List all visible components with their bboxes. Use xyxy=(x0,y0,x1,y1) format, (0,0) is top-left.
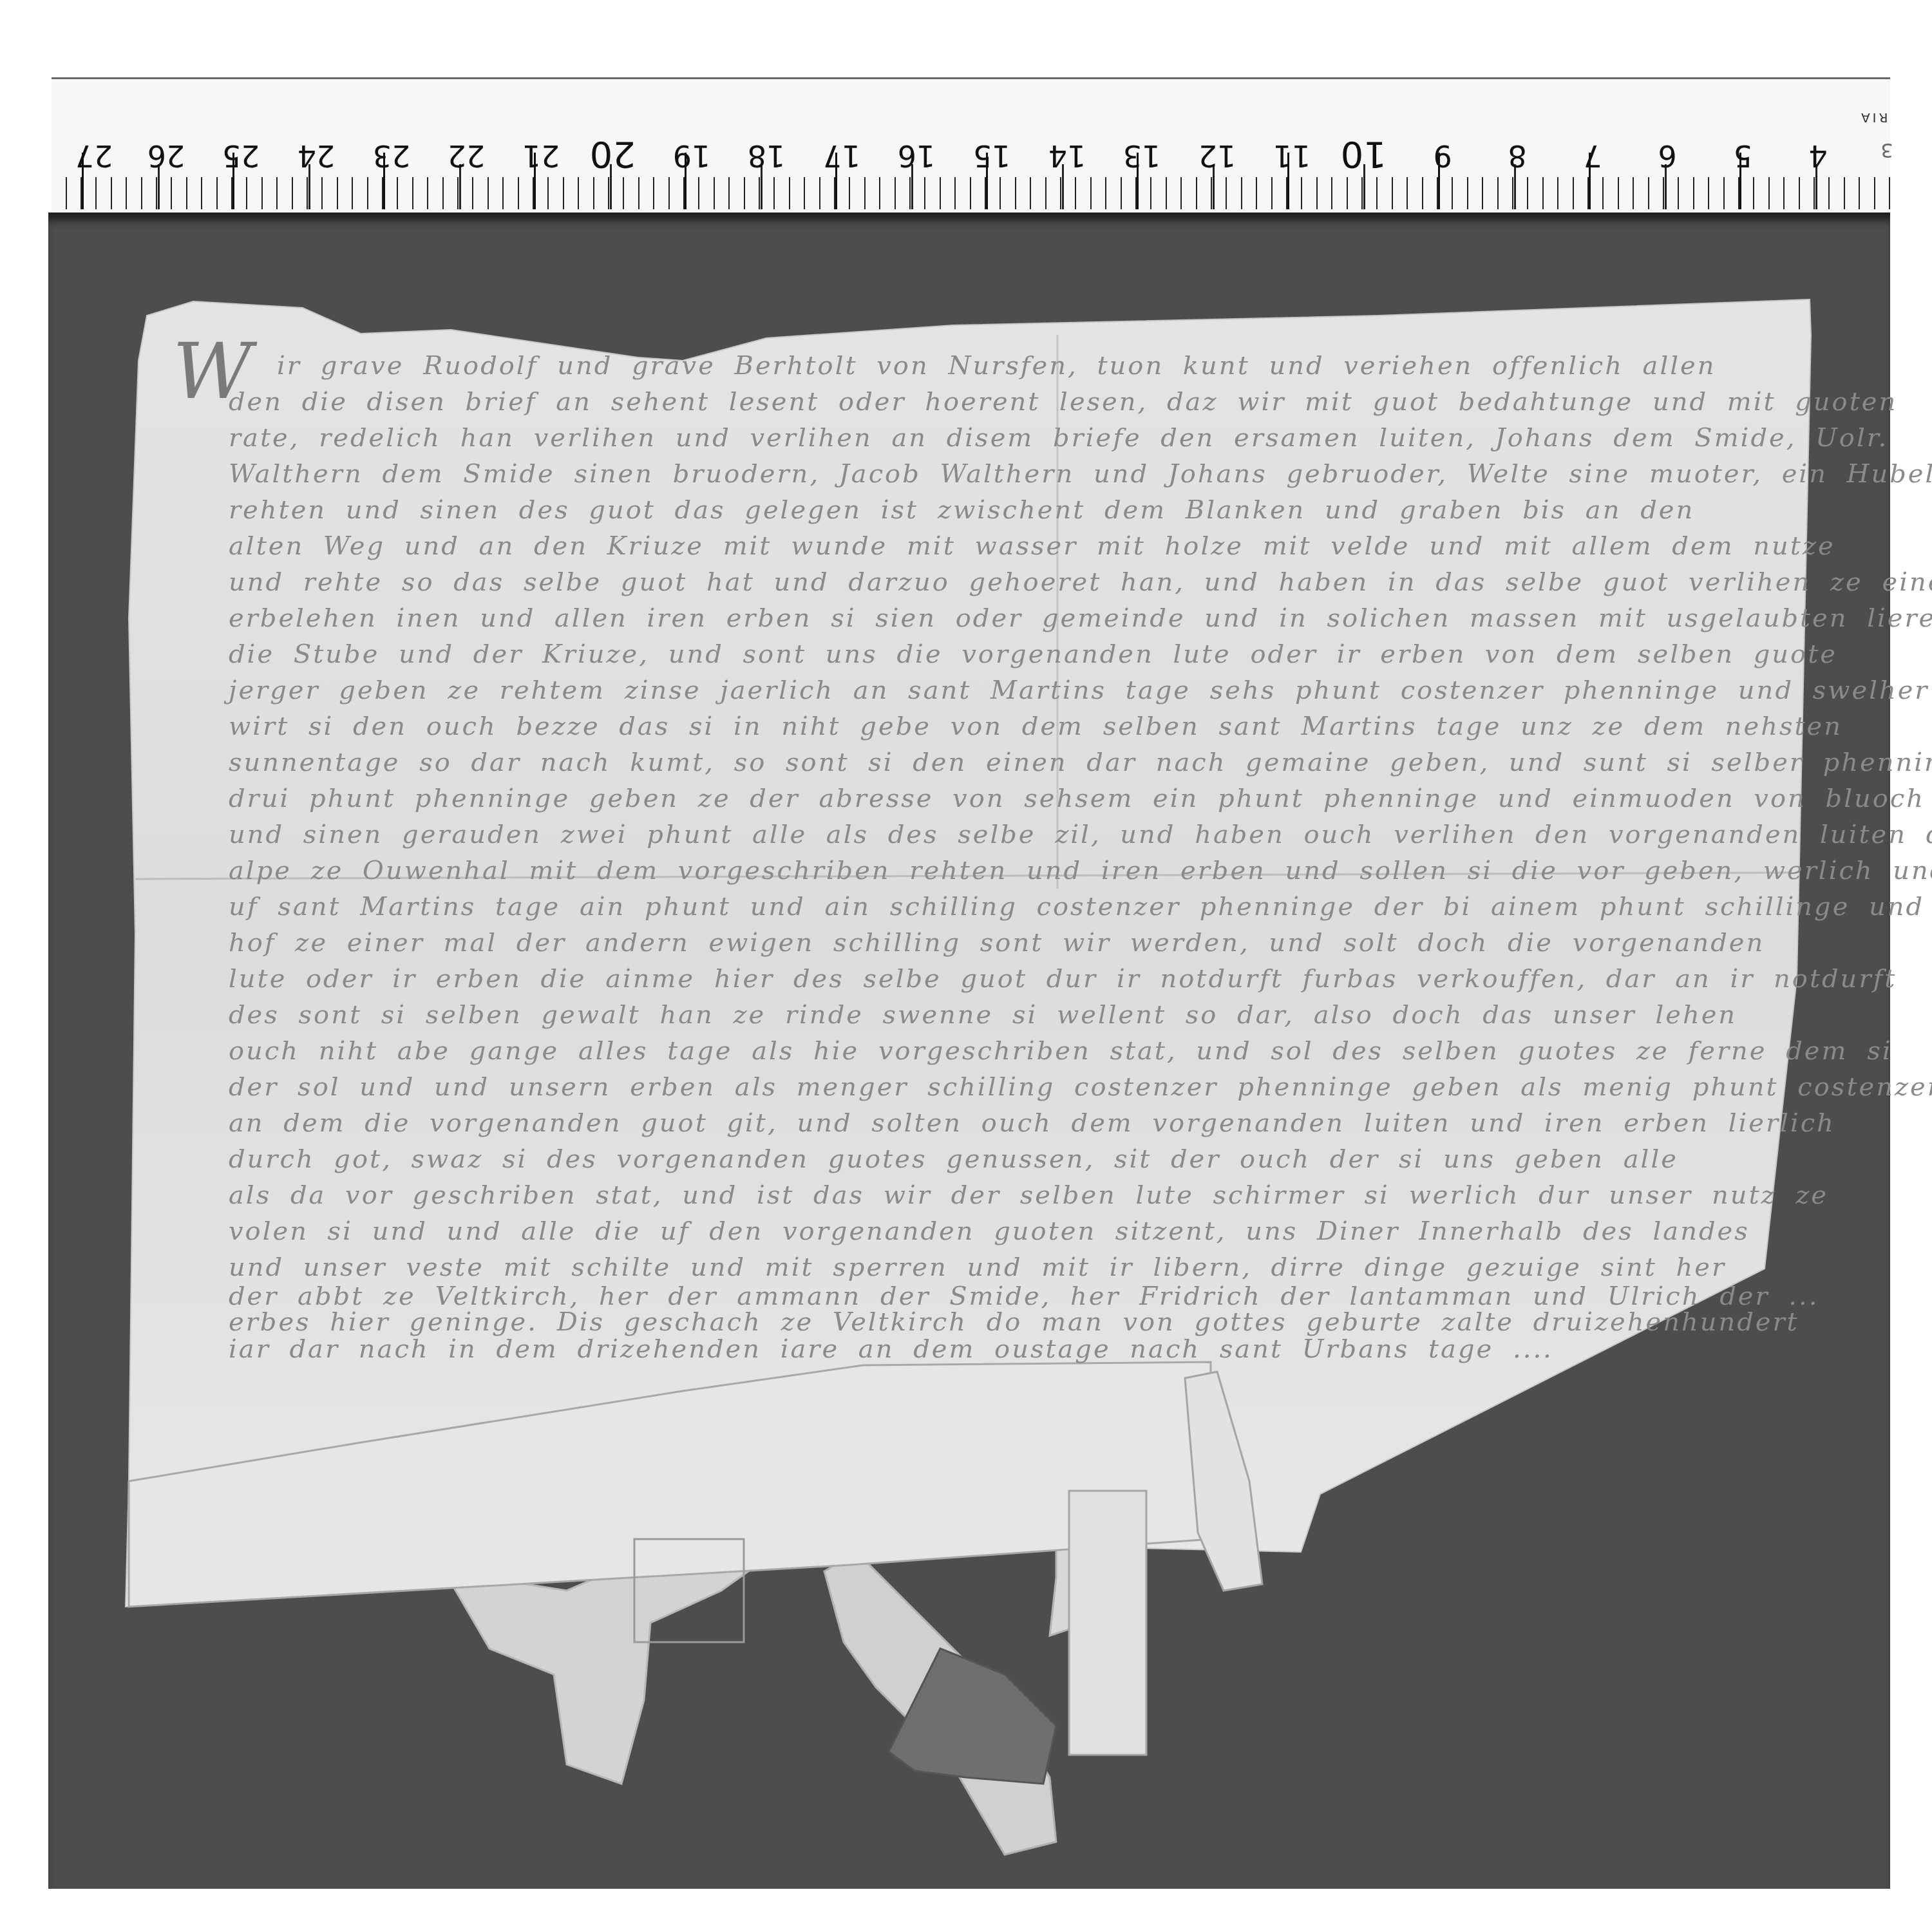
text-line: als da vor geschriben stat, und ist das … xyxy=(229,1180,1828,1210)
text-line: hof ze einer mal der andern ewigen schil… xyxy=(229,928,1765,958)
text-line: und unser veste mit schilte und mit sper… xyxy=(229,1253,1726,1282)
text-line: und sinen gerauden zwei phunt alle als d… xyxy=(229,820,1932,849)
text-line-closing: erbes hier geninge. Dis geschach ze Velt… xyxy=(229,1307,1799,1337)
text-line: alpe ze Ouwenhal mit dem vorgeschriben r… xyxy=(229,856,1932,885)
text-line: alten Weg und an den Kriuze mit wunde mi… xyxy=(229,531,1835,561)
photo-canvas: RIA 27 26 25 24 23 22 21 20 19 18 17 16 … xyxy=(0,0,1932,1930)
text-line: jerger geben ze rehtem zinse jaerlich an… xyxy=(229,676,1929,705)
text-line: des sont si selben gewalt han ze rinde s… xyxy=(229,1000,1737,1030)
text-line: drui phunt phenninge geben ze der abress… xyxy=(229,784,1925,813)
text-line: rehten und sinen des guot das gelegen is… xyxy=(229,495,1694,525)
text-line: der sol und und unsern erben als menger … xyxy=(229,1072,1932,1102)
text-line: ouch niht abe gange alles tage als hie v… xyxy=(229,1036,1892,1066)
text-line: die Stube und der Kriuze, und sont uns d… xyxy=(229,639,1837,669)
text-line: durch got, swaz si des vorgenanden guote… xyxy=(229,1144,1678,1174)
text-line: uf sant Martins tage ain phunt und ain s… xyxy=(229,892,1932,922)
text-line: und rehte so das selbe guot hat und darz… xyxy=(229,567,1932,597)
text-line: ir grave Ruodolf und grave Berhtolt von … xyxy=(277,351,1716,381)
text-line: sunnentage so dar nach kumt, so sont si … xyxy=(229,748,1932,777)
text-line: an dem die vorgenanden guot git, und sol… xyxy=(229,1108,1835,1138)
text-line: erbelehen inen und allen iren erben si s… xyxy=(229,603,1932,633)
text-line: volen si und und alle die uf den vorgena… xyxy=(229,1216,1750,1246)
text-line-closing: iar dar nach in dem drizehenden iare an … xyxy=(229,1334,1553,1364)
text-line: lute oder ir erben die ainme hier des se… xyxy=(229,964,1897,994)
text-line: rate, redelich han verlihen und verlihen… xyxy=(229,423,1888,453)
text-line: Walthern dem Smide sinen bruodern, Jacob… xyxy=(229,459,1932,489)
text-line: den die disen brief an sehent lesent ode… xyxy=(229,387,1897,417)
text-line: wirt si den ouch bezze das si in niht ge… xyxy=(229,712,1842,741)
